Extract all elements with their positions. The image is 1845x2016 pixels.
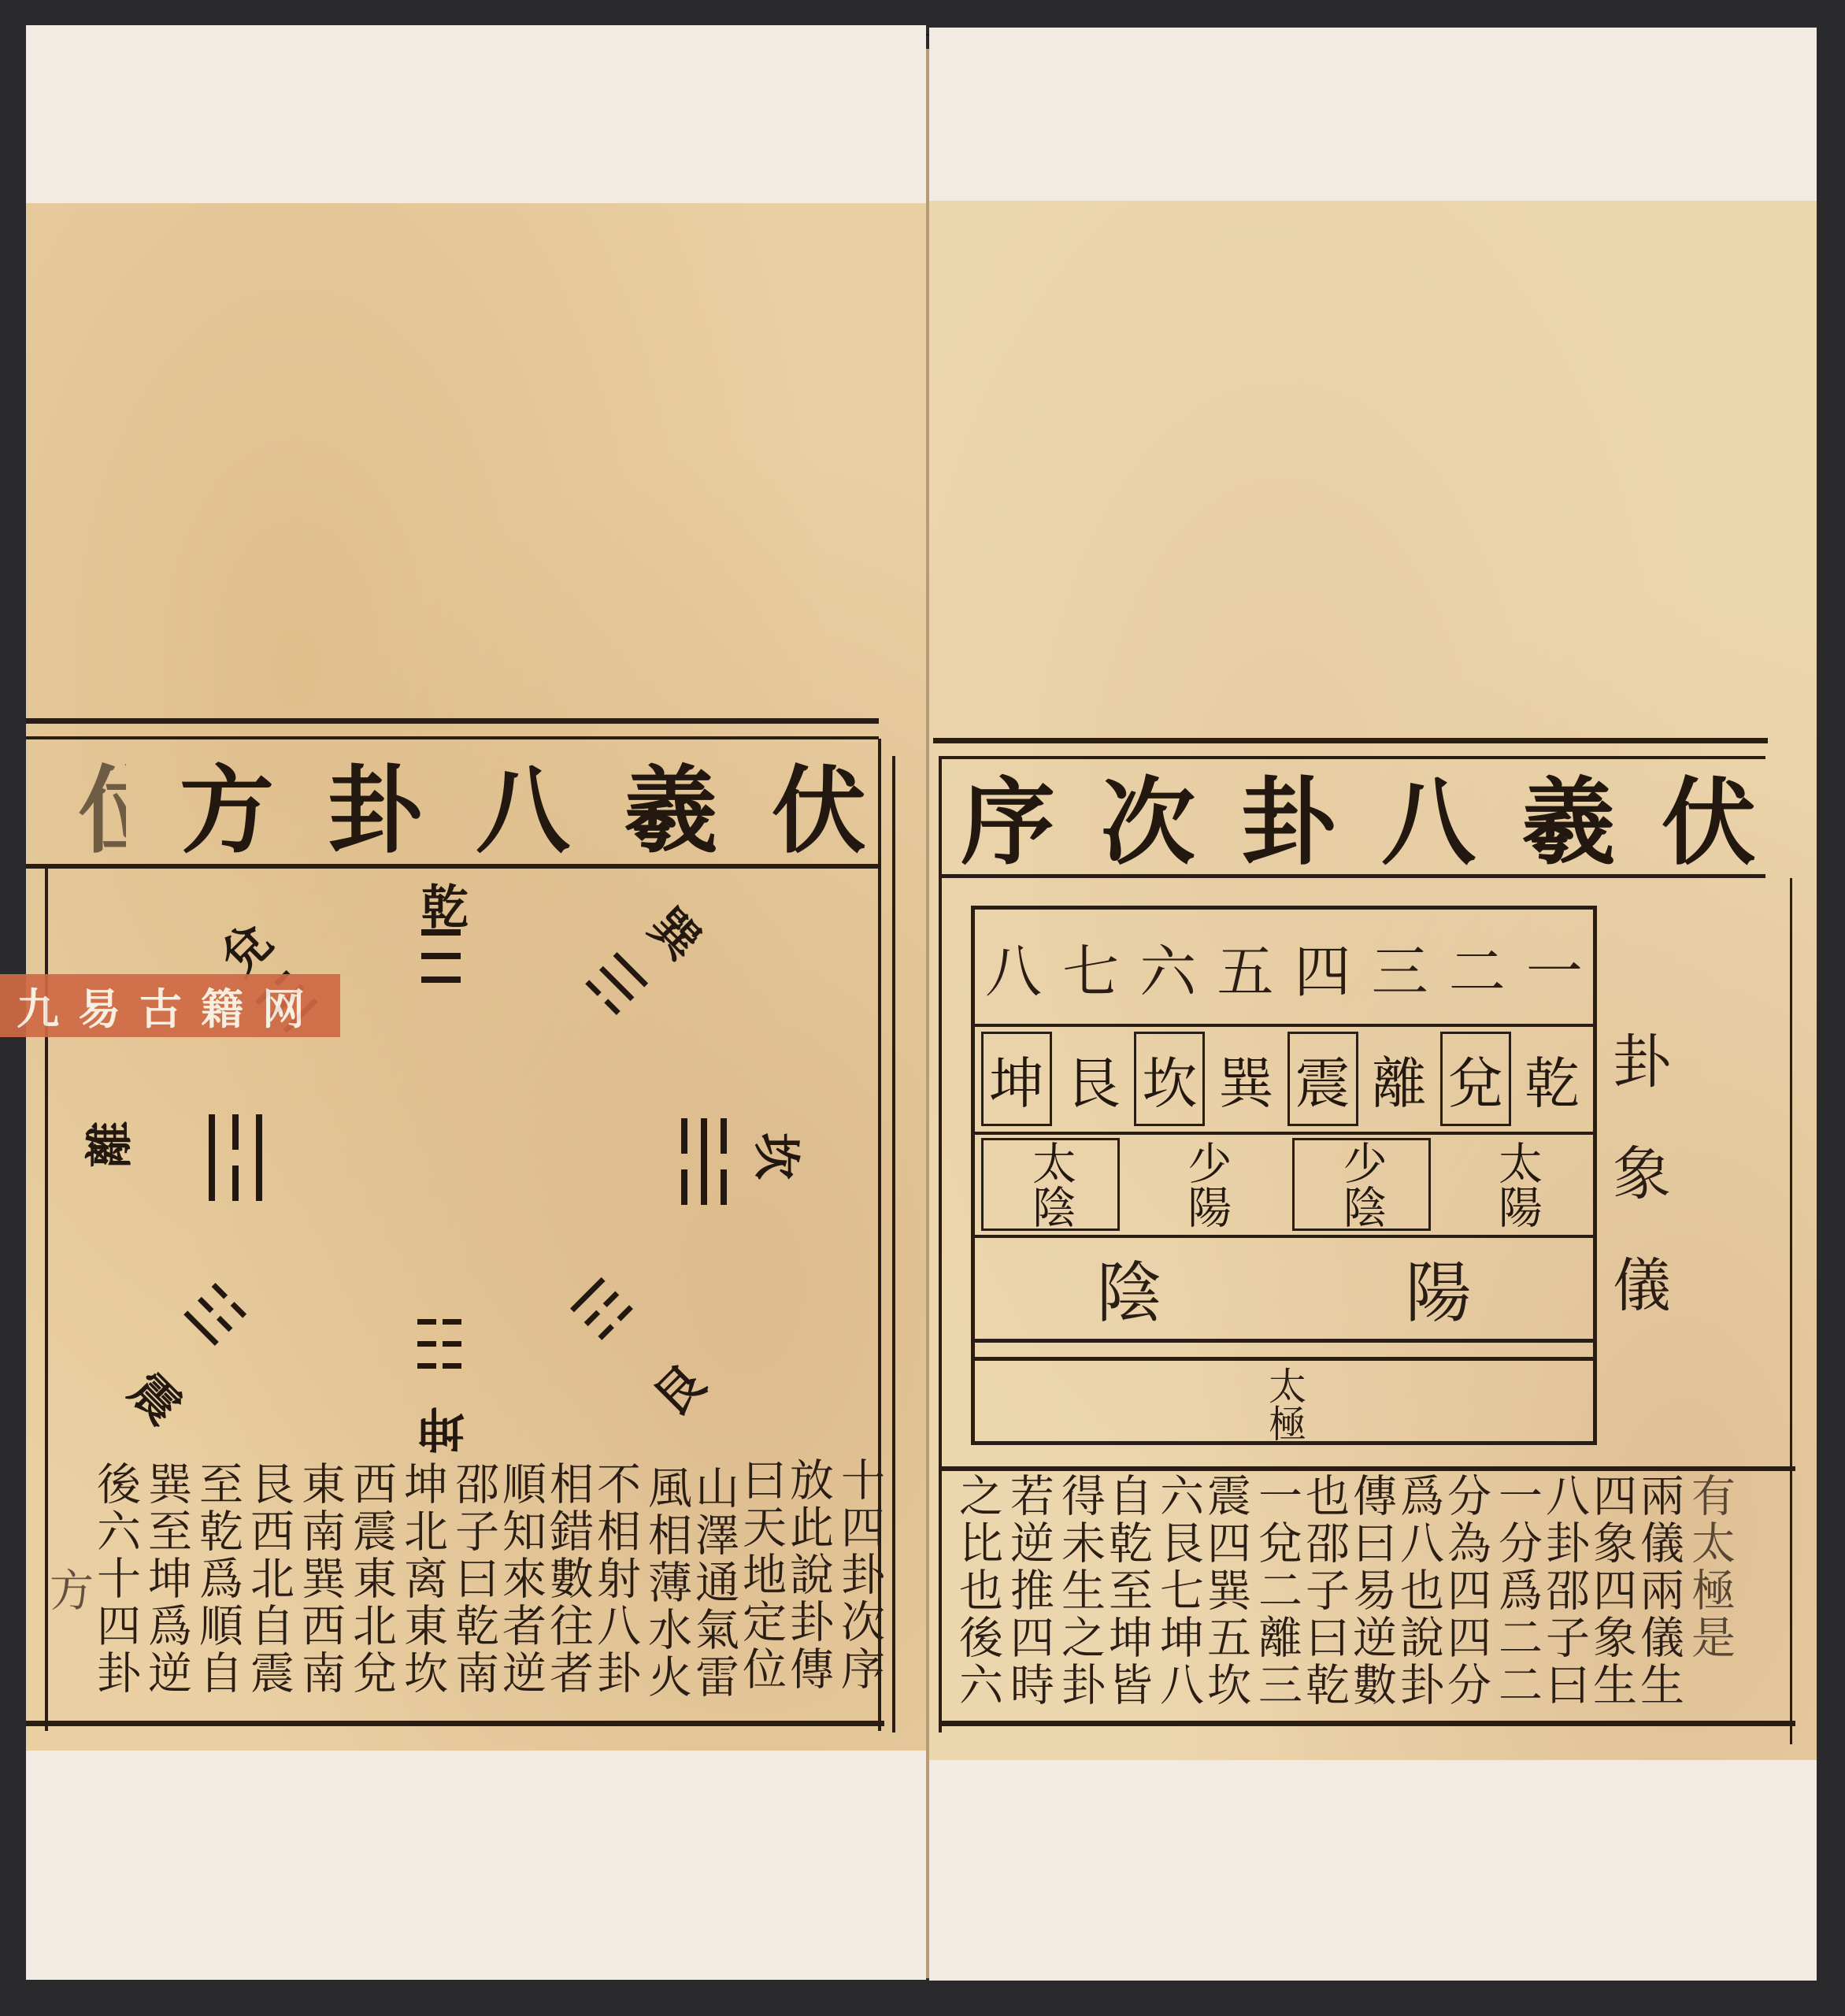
trigram-cell-boxed: 坎 xyxy=(1134,1032,1205,1126)
mode-yang: 陽 xyxy=(1406,1240,1472,1336)
title-char: 八 xyxy=(476,736,570,871)
trigram-name: 乾 xyxy=(1525,1039,1580,1119)
border-rule xyxy=(26,718,879,724)
row-divider xyxy=(975,1357,1593,1361)
trigram-name: 巽 xyxy=(1218,1039,1273,1119)
text-column: 放此說卦傳 xyxy=(784,1457,832,1693)
title-char: 羲 xyxy=(1521,747,1616,883)
trigram-cell-boxed: 兌 xyxy=(1440,1032,1511,1126)
origin-taiji: 太極 xyxy=(1264,1366,1305,1442)
sequence-table: 一 二 三 四 五 六 七 八 乾 兌 離 震 巽 坎 艮 坤 太陽 少陰 少陽… xyxy=(971,906,1597,1445)
title-char: 羲 xyxy=(624,736,718,871)
trigram-name: 兌 xyxy=(1448,1039,1503,1119)
origin-row: 太極 xyxy=(975,1365,1593,1443)
trigram-li-icon xyxy=(209,1114,272,1201)
border-rule xyxy=(939,756,942,1732)
trigram-label-li: 離 xyxy=(72,1121,140,1168)
number-cell: 三 xyxy=(1372,926,1428,1008)
text-column: 爲八也說卦 xyxy=(1394,1473,1443,1709)
text-column: 有太極是 xyxy=(1685,1473,1734,1662)
title-char: 序 xyxy=(961,747,1055,883)
border-rule xyxy=(892,756,895,1732)
trigram-cell: 巽 xyxy=(1210,1032,1281,1126)
numbers-row: 一 二 三 四 五 六 七 八 xyxy=(975,910,1593,1024)
trigram-name: 艮 xyxy=(1065,1039,1121,1119)
text-column: 順知來者逆 xyxy=(496,1461,545,1697)
number-cell: 七 xyxy=(1062,926,1119,1008)
text-column: 不相射八卦 xyxy=(591,1461,639,1697)
text-column: 十四卦次序 xyxy=(835,1457,884,1693)
border-rule xyxy=(26,864,879,869)
text-column: 八卦邵子曰 xyxy=(1539,1473,1588,1709)
text-column: 相錯數往者 xyxy=(543,1461,592,1697)
trigram-cell: 乾 xyxy=(1517,1032,1588,1126)
side-label: 象 xyxy=(1613,1128,1671,1211)
title-char: 次 xyxy=(1101,747,1195,883)
trigram-cell-boxed: 坤 xyxy=(981,1032,1052,1126)
trigram-cell: 艮 xyxy=(1058,1032,1128,1126)
number-cell: 八 xyxy=(985,926,1042,1008)
text-column: 坤北离東坎 xyxy=(398,1461,446,1697)
text-column: 曰天地定位 xyxy=(736,1457,785,1693)
text-column: 分為四四分 xyxy=(1441,1473,1490,1709)
image-cell-boxed: 少陰 xyxy=(1292,1138,1431,1231)
row-divider xyxy=(975,1339,1593,1343)
number-cell: 一 xyxy=(1526,926,1583,1008)
trigrams-row: 乾 兌 離 震 巽 坎 艮 坤 xyxy=(981,1032,1588,1130)
text-column: 艮西北自震 xyxy=(244,1461,293,1697)
text-column: 得未生之卦 xyxy=(1055,1473,1104,1709)
text-column: 巽至坤爲逆 xyxy=(142,1461,191,1697)
text-column: 自乾至坤皆 xyxy=(1102,1473,1151,1709)
image-name: 少陰 xyxy=(1338,1140,1385,1228)
trigram-kan-icon xyxy=(681,1118,744,1205)
trigram-qian-icon xyxy=(421,929,461,1000)
border-rule xyxy=(933,738,1768,743)
side-label: 儀 xyxy=(1613,1240,1671,1323)
title-char: 卦 xyxy=(1241,747,1336,883)
title-char-partial: 位 xyxy=(79,736,126,871)
text-column: 西震東北兌 xyxy=(346,1461,395,1697)
trigram-name: 坎 xyxy=(1142,1039,1197,1119)
trigram-name: 震 xyxy=(1295,1039,1350,1119)
image-cell: 太陽 xyxy=(1446,1138,1588,1231)
brand-watermark: 九易古籍网 xyxy=(0,974,340,1037)
left-page-title: 伏 羲 八 卦 方 位 xyxy=(79,744,866,862)
number-cell: 二 xyxy=(1449,926,1506,1008)
border-rule xyxy=(26,1721,884,1726)
text-column: 方 xyxy=(43,1567,92,1614)
text-column: 也邵子曰乾 xyxy=(1299,1473,1348,1709)
image-name: 太陰 xyxy=(1027,1140,1074,1228)
trigram-label-kun: 坤 xyxy=(417,1398,465,1466)
text-column: 山澤通氣雷 xyxy=(689,1465,738,1701)
title-char: 八 xyxy=(1381,747,1476,883)
image-cell: 少陽 xyxy=(1135,1138,1276,1231)
number-cell: 四 xyxy=(1295,926,1351,1008)
text-column: 兩儀兩儀生 xyxy=(1634,1473,1683,1709)
side-label: 卦 xyxy=(1613,1016,1671,1099)
number-cell: 五 xyxy=(1217,926,1273,1008)
trigram-label-kan: 坎 xyxy=(746,1132,813,1180)
border-rule xyxy=(941,1721,1795,1726)
trigram-name: 坤 xyxy=(989,1039,1044,1119)
text-column: 東南巽西南 xyxy=(295,1461,344,1697)
row-divider xyxy=(975,1132,1593,1135)
border-rule xyxy=(26,736,879,739)
text-column: 一兌二離三 xyxy=(1252,1473,1301,1709)
trigram-name: 離 xyxy=(1372,1039,1427,1119)
row-divider xyxy=(975,1024,1593,1027)
image-name: 少陽 xyxy=(1182,1140,1229,1228)
text-column: 風相薄水火 xyxy=(642,1465,691,1701)
trigram-kun-icon xyxy=(417,1319,465,1374)
border-rule xyxy=(1790,878,1792,1744)
two-modes-row: 陽 陰 xyxy=(975,1240,1593,1335)
text-column: 若逆推四時 xyxy=(1004,1473,1053,1709)
text-column: 後六十四卦 xyxy=(91,1461,139,1697)
border-rule xyxy=(941,1466,1795,1471)
number-cell: 六 xyxy=(1139,926,1196,1008)
text-column: 一分爲二二 xyxy=(1492,1473,1541,1709)
border-rule xyxy=(939,874,1765,878)
image-cell-boxed: 太陰 xyxy=(981,1138,1120,1231)
title-char: 方 xyxy=(180,736,274,871)
book-spine xyxy=(926,49,929,1978)
title-char: 伏 xyxy=(772,736,866,871)
trigram-cell-boxed: 震 xyxy=(1287,1032,1358,1126)
text-column: 邵子曰乾南 xyxy=(449,1461,498,1697)
text-column: 至乾爲順自 xyxy=(193,1461,242,1697)
mode-yin: 陰 xyxy=(1096,1240,1162,1336)
text-column: 震四巽五坎 xyxy=(1201,1473,1250,1709)
brand-text: 九易古籍网 xyxy=(17,976,324,1036)
text-column: 六艮七坤八 xyxy=(1154,1473,1202,1709)
text-column: 之比也後六 xyxy=(953,1473,1002,1709)
image-name: 太陽 xyxy=(1493,1140,1540,1228)
text-column: 四象四象生 xyxy=(1587,1473,1636,1709)
side-labels: 卦 象 儀 xyxy=(1606,1016,1677,1323)
title-char: 卦 xyxy=(328,736,422,871)
right-page-title: 伏 羲 八 卦 次 序 xyxy=(961,756,1756,874)
four-images-row: 太陽 少陰 少陽 太陰 xyxy=(981,1138,1588,1232)
text-column: 傳曰易逆數 xyxy=(1347,1473,1395,1709)
trigram-label-qian: 乾 xyxy=(421,870,469,938)
row-divider xyxy=(975,1235,1593,1238)
title-char: 伏 xyxy=(1662,747,1756,883)
trigram-cell: 離 xyxy=(1364,1032,1435,1126)
